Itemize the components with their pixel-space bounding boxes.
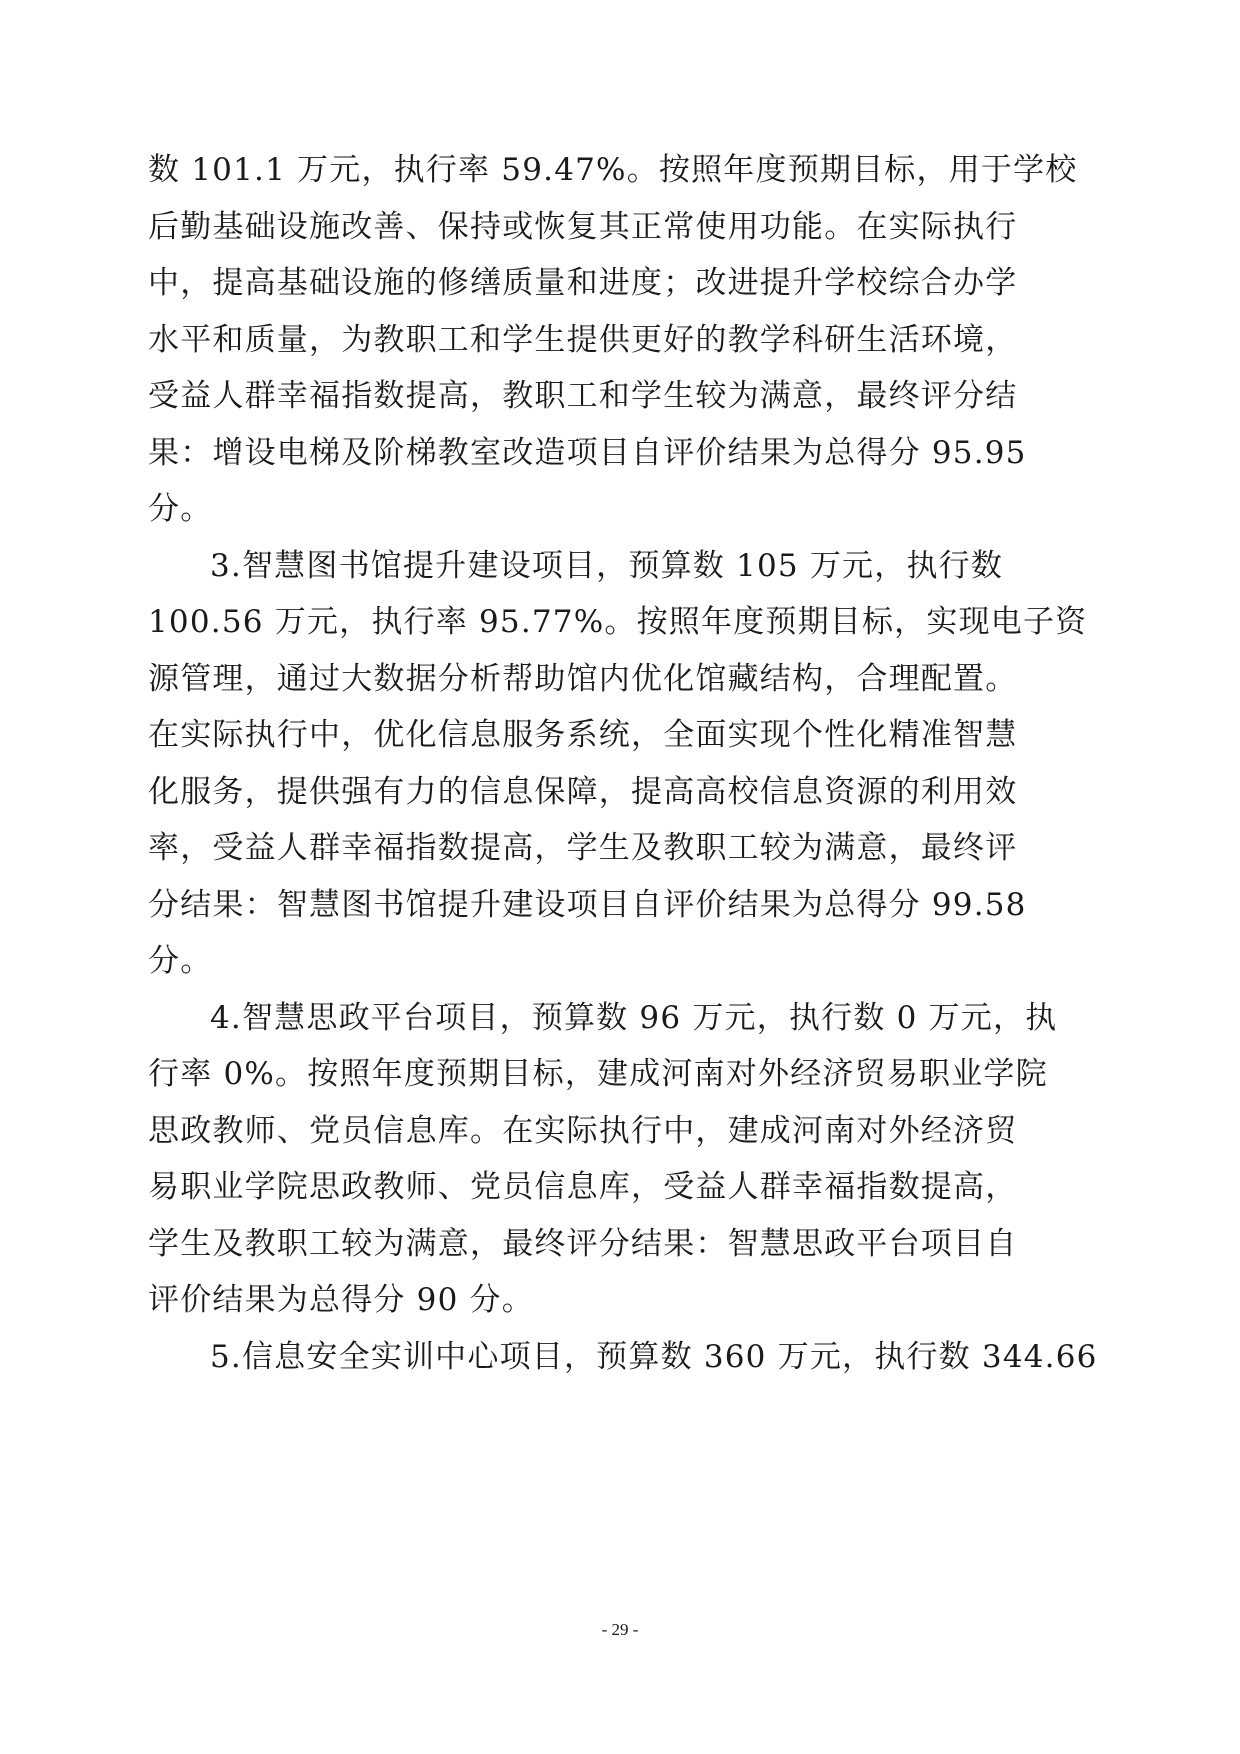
text-line: 化服务，提供强有力的信息保障，提高高校信息资源的利用效 [148, 764, 1078, 821]
text-line: 数 101.1 万元，执行率 59.47%。按照年度预期目标，用于学校 [148, 142, 1078, 199]
text-line: 分结果：智慧图书馆提升建设项目自评价结果为总得分 99.58 [148, 877, 1078, 934]
text-line: 思政教师、党员信息库。在实际执行中，建成河南对外经济贸 [148, 1103, 1078, 1160]
text-line: 果：增设电梯及阶梯教室改造项目自评价结果为总得分 95.95 [148, 425, 1078, 482]
text-line: 水平和质量，为教职工和学生提供更好的教学科研生活环境， [148, 312, 1078, 369]
text-line: 易职业学院思政教师、党员信息库，受益人群幸福指数提高， [148, 1159, 1078, 1216]
text-line: 分。 [148, 933, 1078, 990]
paragraph-heading-item-3: 3.智慧图书馆提升建设项目，预算数 105 万元，执行数 [148, 538, 1078, 595]
text-line: 学生及教职工较为满意，最终评分结果：智慧思政平台项目自 [148, 1216, 1078, 1273]
text-line: 行率 0%。按照年度预期目标，建成河南对外经济贸易职业学院 [148, 1046, 1078, 1103]
paragraph-heading-item-4: 4.智慧思政平台项目，预算数 96 万元，执行数 0 万元，执 [148, 990, 1078, 1047]
text-line: 源管理，通过大数据分析帮助馆内优化馆藏结构，合理配置。 [148, 651, 1078, 708]
text-line: 在实际执行中，优化信息服务系统，全面实现个性化精准智慧 [148, 707, 1078, 764]
text-line: 受益人群幸福指数提高，教职工和学生较为满意，最终评分结 [148, 368, 1078, 425]
text-line: 100.56 万元，执行率 95.77%。按照年度预期目标，实现电子资 [148, 594, 1078, 651]
document-body: 数 101.1 万元，执行率 59.47%。按照年度预期目标，用于学校 后勤基础… [148, 142, 1078, 1385]
text-line: 后勤基础设施改善、保持或恢复其正常使用功能。在实际执行 [148, 199, 1078, 256]
paragraph-heading-item-5: 5.信息安全实训中心项目，预算数 360 万元，执行数 344.66 [148, 1329, 1078, 1386]
text-line: 率，受益人群幸福指数提高，学生及教职工较为满意，最终评 [148, 820, 1078, 877]
page-number: - 29 - [0, 1620, 1240, 1640]
text-line: 分。 [148, 481, 1078, 538]
text-line: 中，提高基础设施的修缮质量和进度；改进提升学校综合办学 [148, 255, 1078, 312]
text-line: 评价结果为总得分 90 分。 [148, 1272, 1078, 1329]
